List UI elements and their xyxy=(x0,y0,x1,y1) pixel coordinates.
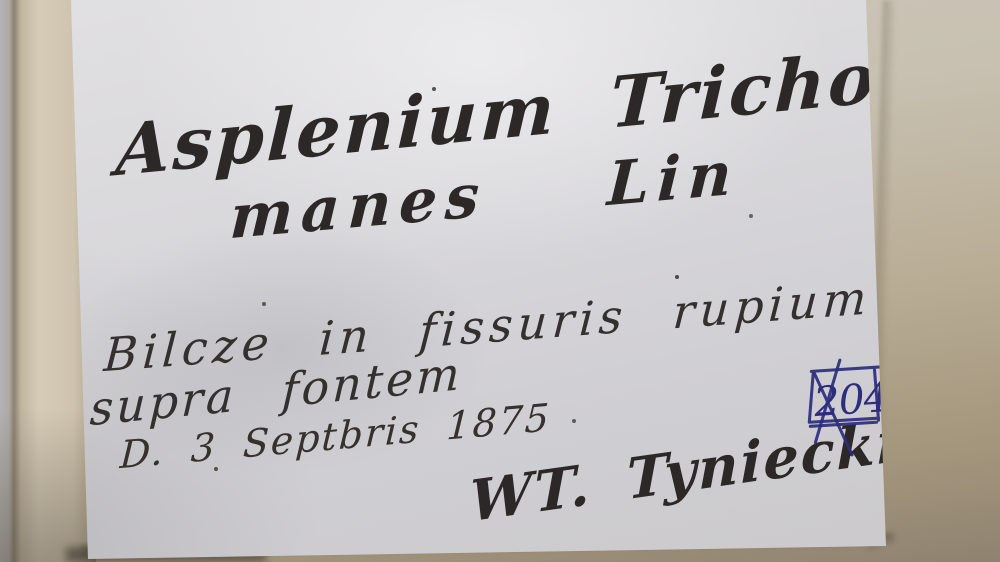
sheet-left-bottom-shadow xyxy=(0,408,96,562)
specimen-label: Asplenium Tricho„ manes Lin Bilcze in fi… xyxy=(0,0,1000,562)
locality-habitat-line-1: Bilcze in fissuris rupium xyxy=(103,274,873,378)
stamp-number: 204 xyxy=(811,373,890,426)
accession-stamp: 204 xyxy=(793,356,905,460)
photo-scene: Asplenium Tricho„ manes Lin Bilcze in fi… xyxy=(0,0,1000,562)
